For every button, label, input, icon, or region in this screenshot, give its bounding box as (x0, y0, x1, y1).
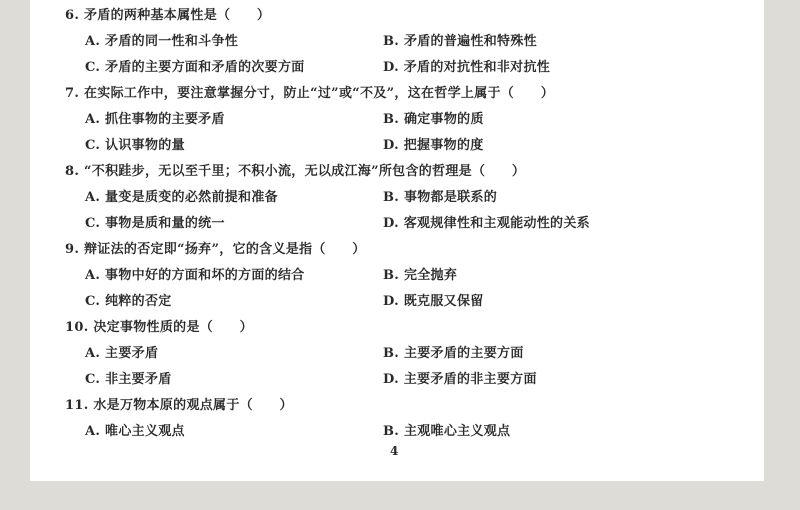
question-9-option-b: B. 完全抛弃 (383, 266, 457, 286)
question-9-option-c: C. 纯粹的否定 (85, 292, 172, 312)
question-10-option-b: B. 主要矛盾的主要方面 (383, 344, 524, 364)
question-9-stem: 9. 辩证法的否定即“扬弃”，它的含义是指（ ） (65, 240, 366, 260)
question-8-option-d: D. 客观规律性和主观能动性的关系 (383, 214, 590, 234)
question-7-stem: 7. 在实际工作中，要注意掌握分寸，防止“过”或“不及”，这在哲学上属于（ ） (65, 84, 554, 104)
question-9-option-d: D. 既克服又保留 (383, 292, 484, 312)
question-10-option-a: A. 主要矛盾 (85, 344, 158, 364)
question-8-option-a: A. 量变是质变的必然前提和准备 (85, 188, 278, 208)
question-7-option-a: A. 抓住事物的主要矛盾 (85, 110, 225, 130)
document-page: 6. 矛盾的两种基本属性是（ ） A. 矛盾的同一性和斗争性 B. 矛盾的普遍性… (30, 0, 764, 481)
question-6-stem: 6. 矛盾的两种基本属性是（ ） (65, 6, 270, 26)
question-6-option-c: C. 矛盾的主要方面和矛盾的次要方面 (85, 58, 305, 78)
question-11-stem: 11. 水是万物本原的观点属于（ ） (65, 396, 293, 416)
question-8-stem: 8. “不积跬步，无以至千里；不积小流，无以成江海”所包含的哲理是（ ） (65, 162, 525, 182)
question-6-option-b: B. 矛盾的普遍性和特殊性 (383, 32, 537, 52)
question-11-option-b: B. 主观唯心主义观点 (383, 422, 510, 442)
question-10-option-d: D. 主要矛盾的非主要方面 (383, 370, 537, 390)
question-7-option-d: D. 把握事物的度 (383, 136, 484, 156)
question-7-option-c: C. 认识事物的量 (85, 136, 185, 156)
question-7-option-b: B. 确定事物的质 (383, 110, 484, 130)
question-8-option-c: C. 事物是质和量的统一 (85, 214, 225, 234)
question-10-option-c: C. 非主要矛盾 (85, 370, 172, 390)
question-10-stem: 10. 决定事物性质的是（ ） (65, 318, 253, 338)
question-9-option-a: A. 事物中好的方面和坏的方面的结合 (85, 266, 305, 286)
question-6-option-a: A. 矛盾的同一性和斗争性 (85, 32, 238, 52)
question-8-option-b: B. 事物都是联系的 (383, 188, 497, 208)
question-11-option-a: A. 唯心主义观点 (85, 422, 185, 442)
page-number: 4 (390, 444, 398, 458)
question-6-option-d: D. 矛盾的对抗性和非对抗性 (383, 58, 550, 78)
